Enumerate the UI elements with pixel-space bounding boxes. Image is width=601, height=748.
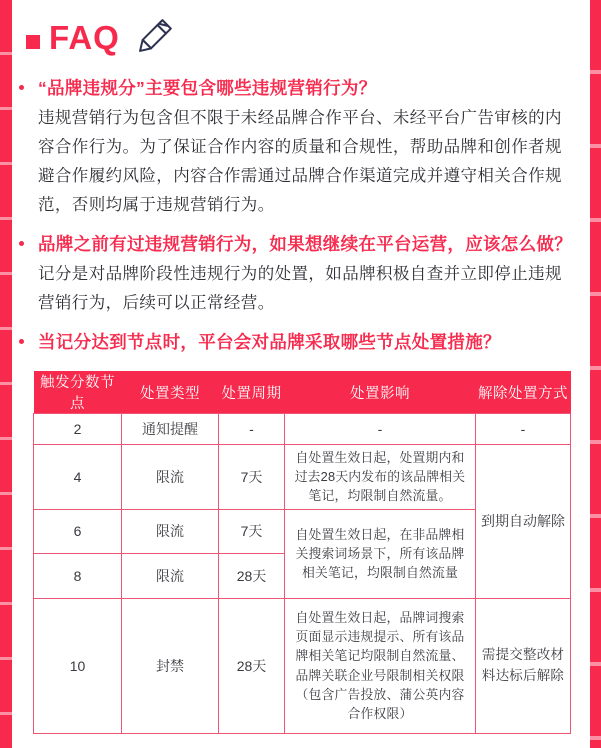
cell-type: 限流	[122, 553, 219, 598]
cell-period: 7天	[219, 509, 285, 553]
right-edge-stripe	[590, 0, 601, 748]
cell-release-merged: 到期自动解除	[476, 445, 571, 599]
col-header-penalty-period: 处置周期	[219, 371, 285, 414]
pencil-icon	[132, 15, 176, 64]
faq-question: 品牌之前有过违规营销行为，如果想继续在平台运营，应该怎么做？	[19, 230, 579, 258]
faq-question: 当记分达到节点时，平台会对品牌采取哪些节点处置措施？	[19, 328, 579, 356]
page-title: FAQ	[49, 20, 120, 56]
table-header-row: 触发分数节点 处置类型 处置周期 处置影响 解除处置方式	[34, 371, 571, 414]
cell-period: -	[219, 414, 285, 445]
table-row: 2 通知提醒 - - -	[34, 414, 571, 445]
cell-score: 6	[34, 509, 122, 553]
cell-impact: -	[285, 414, 476, 445]
cell-score: 4	[34, 445, 122, 510]
cell-impact: 自处置生效日起，品牌词搜索页面显示违规提示、所有该品牌相关笔记均限制自然流量、品…	[285, 598, 476, 733]
cell-score: 2	[34, 414, 122, 445]
page-header: FAQ	[26, 13, 579, 64]
faq-question: “品牌违规分”主要包含哪些违规营销行为？	[19, 74, 579, 102]
faq-item-1: “品牌违规分”主要包含哪些违规营销行为？ 违规营销行为包含但不限于未经品牌合作平…	[19, 74, 579, 220]
faq-item-3: 当记分达到节点时，平台会对品牌采取哪些节点处置措施？	[19, 328, 579, 356]
cell-period: 28天	[219, 553, 285, 598]
faq-question-text: “品牌违规分”主要包含哪些违规营销行为？	[38, 74, 377, 102]
table-row: 10 封禁 28天 自处置生效日起，品牌词搜索页面显示违规提示、所有该品牌相关笔…	[34, 598, 571, 733]
col-header-release-method: 解除处置方式	[476, 371, 571, 414]
faq-question-text: 品牌之前有过违规营销行为，如果想继续在平台运营，应该怎么做？	[38, 230, 572, 258]
red-square-icon	[26, 35, 40, 49]
col-header-score-node: 触发分数节点	[34, 371, 122, 414]
bullet-dot-icon	[19, 230, 38, 258]
col-header-penalty-impact: 处置影响	[285, 371, 476, 414]
cell-impact: 自处置生效日起，处置期内和过去28天内发布的该品牌相关笔记，均限制自然流量。	[285, 445, 476, 510]
penalty-table: 触发分数节点 处置类型 处置周期 处置影响 解除处置方式 2 通知提醒 - - …	[33, 371, 571, 734]
cell-period: 28天	[219, 598, 285, 733]
bullet-dot-icon	[19, 328, 38, 356]
bullet-dot-icon	[19, 74, 38, 102]
faq-question-text: 当记分达到节点时，平台会对品牌采取哪些节点处置措施？	[38, 328, 501, 356]
table-row: 4 限流 7天 自处置生效日起，处置期内和过去28天内发布的该品牌相关笔记，均限…	[34, 445, 571, 510]
cell-type: 通知提醒	[122, 414, 219, 445]
left-edge-stripe	[0, 0, 12, 748]
faq-page: { "colors": { "brand_red": "#F7294D", "s…	[0, 0, 601, 748]
cell-impact-merged: 自处置生效日起，在非品牌相关搜索词场景下，所有该品牌相关笔记，均限制自然流量	[285, 509, 476, 598]
page-content: FAQ “品牌违规分”主要包含哪些违规营销行为？ 违规营销行为包含但不限于未经品…	[19, 0, 579, 734]
cell-type: 限流	[122, 509, 219, 553]
cell-type: 限流	[122, 445, 219, 510]
faq-answer-text: 违规营销行为包含但不限于未经品牌合作平台、未经平台广告审核的内容合作行为。为了保…	[38, 104, 571, 220]
col-header-penalty-type: 处置类型	[122, 371, 219, 414]
penalty-table-wrapper: 触发分数节点 处置类型 处置周期 处置影响 解除处置方式 2 通知提醒 - - …	[33, 371, 579, 734]
cell-score: 10	[34, 598, 122, 733]
faq-item-2: 品牌之前有过违规营销行为，如果想继续在平台运营，应该怎么做？ 记分是对品牌阶段性…	[19, 230, 579, 318]
cell-release: -	[476, 414, 571, 445]
cell-type: 封禁	[122, 598, 219, 733]
cell-release: 需提交整改材料达标后解除	[476, 598, 571, 733]
faq-answer-text: 记分是对品牌阶段性违规行为的处置，如品牌积极自查并立即停止违规营销行为，后续可以…	[38, 260, 571, 318]
cell-score: 8	[34, 553, 122, 598]
cell-period: 7天	[219, 445, 285, 510]
